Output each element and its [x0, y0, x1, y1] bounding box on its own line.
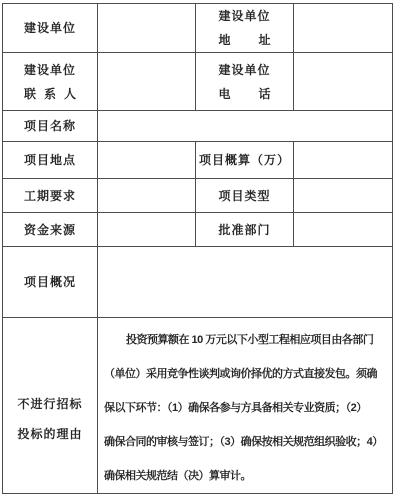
- value-project-name: [98, 111, 393, 142]
- label-text: 建设单位: [219, 58, 271, 82]
- value-unit-phone: [294, 53, 393, 111]
- label-text: 建设单位: [219, 4, 271, 28]
- reason-line: 确保相关规范结（决）算审计。: [104, 459, 390, 493]
- label-text: 项目类型: [218, 189, 270, 203]
- value-project-budget: [294, 142, 393, 179]
- project-application-table: 建设单位 建设单位 地址 建设单位 联系人: [2, 3, 393, 494]
- label-text: 不进行招标: [17, 397, 82, 411]
- no-bidding-reason-paragraph: 投资预算额在 10 万元以下小型工程相应项目由各部门 （单位）采用竞争性谈判或询…: [98, 318, 393, 494]
- form-document: 建设单位 建设单位 地址 建设单位 联系人: [0, 0, 394, 500]
- label-text: 项目地点: [24, 153, 76, 167]
- value-funding-source: [98, 213, 196, 247]
- value-construction-unit: [98, 4, 196, 53]
- row-funding-approval: 资金来源 批准部门: [3, 213, 393, 247]
- row-no-bidding-reason: 不进行招标 投标的理由 投资预算额在 10 万元以下小型工程相应项目由各部门 （…: [3, 318, 393, 494]
- label-project-name: 项目名称: [3, 111, 98, 142]
- label-project-budget: 项目概算（万）: [196, 142, 294, 179]
- value-project-location: [98, 142, 196, 179]
- value-unit-contact-person: [98, 53, 196, 111]
- value-project-type: [294, 179, 393, 213]
- label-text: 电话: [219, 82, 271, 106]
- label-text: 联系人: [24, 82, 76, 106]
- row-schedule-type: 工期要求 项目类型: [3, 179, 393, 213]
- row-project-name: 项目名称: [3, 111, 393, 142]
- reason-line: （单位）采用竞争性谈判或询价择优的方式直接发包。须确: [104, 357, 390, 391]
- label-funding-source: 资金来源: [3, 213, 98, 247]
- label-text: 建设单位: [24, 21, 76, 35]
- label-construction-unit: 建设单位: [3, 4, 98, 53]
- label-text: 投标的理由: [17, 427, 82, 441]
- value-schedule-requirement: [98, 179, 196, 213]
- label-text: 资金来源: [24, 223, 76, 237]
- reason-line: 投资预算额在 10 万元以下小型工程相应项目由各部门: [104, 323, 390, 357]
- label-text: 工期要求: [24, 189, 76, 203]
- value-unit-address: [294, 4, 393, 53]
- row-construction-unit: 建设单位 建设单位 地址: [3, 4, 393, 53]
- label-no-bidding-reason: 不进行招标 投标的理由: [3, 318, 98, 494]
- row-project-overview: 项目概况: [3, 247, 393, 318]
- label-project-overview: 项目概况: [3, 247, 98, 318]
- label-text: 建设单位: [24, 58, 76, 82]
- label-unit-phone: 建设单位 电话: [196, 53, 294, 111]
- label-approval-department: 批准部门: [196, 213, 294, 247]
- row-location-budget: 项目地点 项目概算（万）: [3, 142, 393, 179]
- reason-line: 保以下环节：（1）确保各参与方具备相关专业资质；（2）: [104, 391, 390, 425]
- value-approval-department: [294, 213, 393, 247]
- row-contact: 建设单位 联系人 建设单位 电话: [3, 53, 393, 111]
- label-unit-contact-person: 建设单位 联系人: [3, 53, 98, 111]
- label-schedule-requirement: 工期要求: [3, 179, 98, 213]
- label-text: 项目名称: [24, 119, 76, 133]
- label-unit-address: 建设单位 地址: [196, 4, 294, 53]
- value-project-overview: [98, 247, 393, 318]
- reason-line: 确保合同的审核与签订；（3）确保按相关规范组织验收；4）: [104, 425, 390, 459]
- label-project-type: 项目类型: [196, 179, 294, 213]
- label-text: 项目概况: [24, 275, 76, 289]
- label-text: 项目概算（万）: [199, 153, 290, 167]
- label-project-location: 项目地点: [3, 142, 98, 179]
- label-text: 批准部门: [218, 223, 270, 237]
- label-text: 地址: [219, 28, 271, 52]
